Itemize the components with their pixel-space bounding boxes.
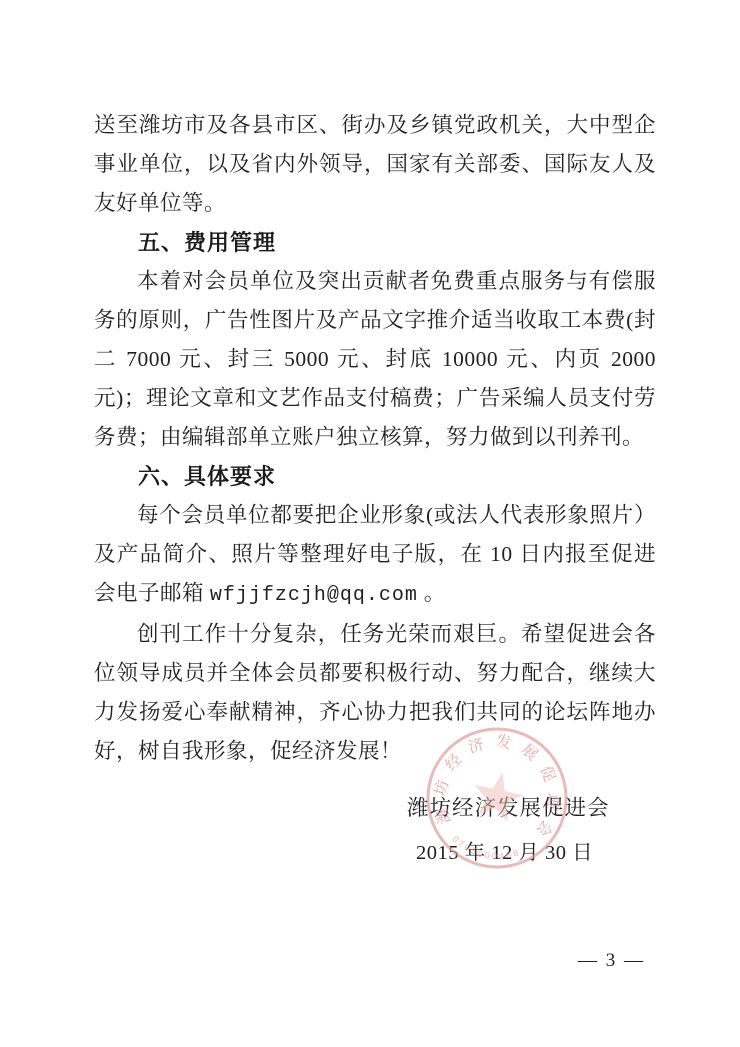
section-heading-specific-requirements: 六、具体要求 (94, 457, 656, 496)
section-heading-fee-management: 五、费用管理 (94, 223, 656, 262)
signature-organization: 潍坊经济发展促进会 (407, 795, 610, 821)
page-number: — 3 — (578, 950, 645, 972)
paragraph-fees: 本着对会员单位及突出贡献者免费重点服务与有偿服务的原则，广告性图片及产品文字推介… (94, 262, 656, 457)
paragraph-closing: 创刊工作十分复杂，任务光荣而艰巨。希望促进会各位领导成员并全体会员都要积极行动、… (94, 615, 656, 771)
email-address: wfjjfzcjh@qq.com (210, 584, 418, 607)
document-body: 送至潍坊市及各县市区、街办及乡镇党政机关，大中型企事业单位，以及省内外领导，国家… (94, 106, 656, 771)
document-page: 送至潍坊市及各县市区、街办及乡镇党政机关，大中型企事业单位，以及省内外领导，国家… (0, 0, 740, 1047)
paragraph-distribution: 送至潍坊市及各县市区、街办及乡镇党政机关，大中型企事业单位，以及省内外领导，国家… (94, 106, 656, 223)
paragraph-requirements-tail: 。 (418, 581, 446, 605)
paragraph-requirements: 每个会员单位都要把企业形象(或法人代表形象照片）及产品简介、照片等整理好电子版，… (94, 496, 656, 615)
signature-date: 2015 年 12 月 30 日 (416, 841, 593, 866)
